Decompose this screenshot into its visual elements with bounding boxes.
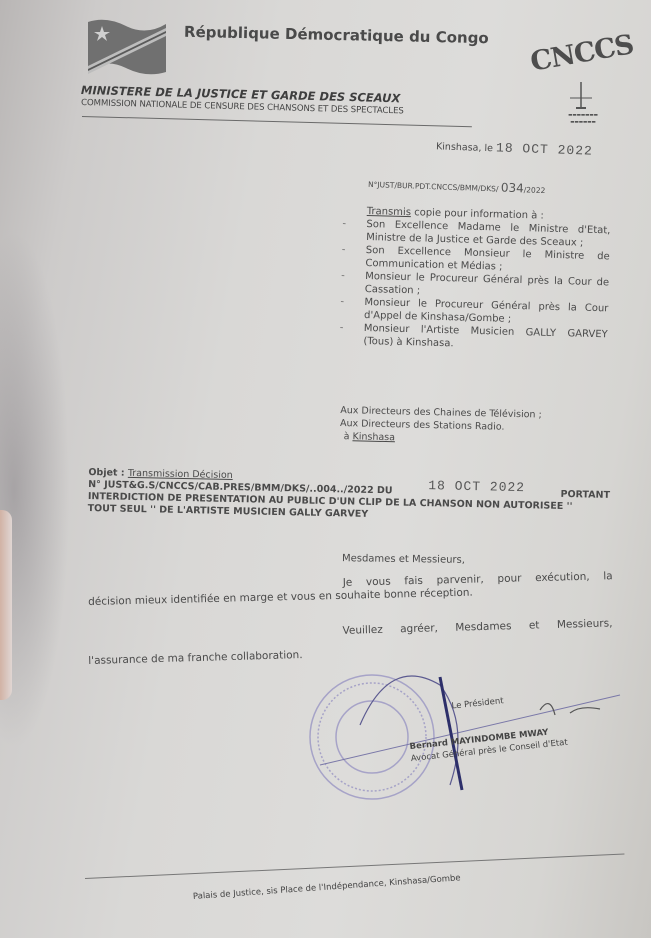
copy-list: Transmis copie pour information à : Son … (363, 205, 611, 354)
addressees: Aux Directeurs des Chaines de Télévision… (340, 404, 542, 448)
subject-label: Objet : (88, 467, 128, 479)
addressee-city: Kinshasa (352, 431, 395, 443)
addressee-prefix: à (344, 431, 353, 442)
decision-date-stamp: 18 OCT 2022 (428, 480, 525, 500)
subject-title: Transmission Décision (128, 468, 233, 481)
finger-edge (0, 510, 12, 700)
drc-flag-icon (86, 16, 168, 78)
reference-number: 034 (501, 181, 524, 196)
logo-caption: ▬▬▬▬▬▬▬▬▬▬▬▬▬ (548, 112, 618, 126)
transmis-label: Transmis (367, 206, 411, 218)
place-prefix: Kinshasa, le (436, 141, 493, 154)
reference-prefix: N°JUST/BUR.PDT.CNCCS/BMM/DKS/ (368, 180, 499, 194)
reference-suffix: /2022 (524, 185, 546, 195)
scales-of-justice-icon (568, 80, 594, 110)
portant-word: PORTANT (560, 489, 610, 502)
salutation: Mesdames et Messieurs, (342, 552, 465, 567)
